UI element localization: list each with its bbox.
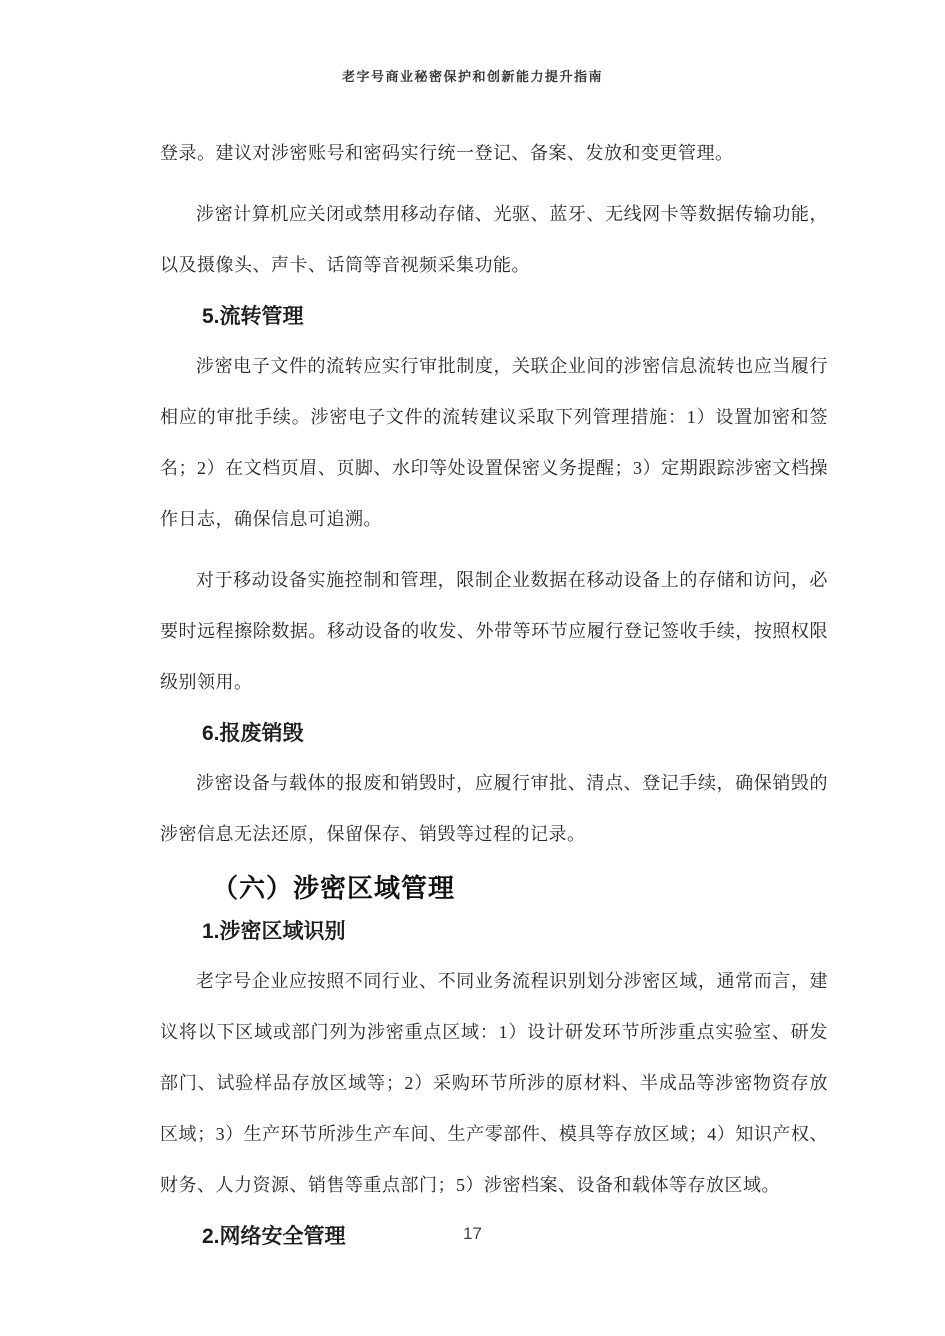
running-header: 老字号商业秘密保护和创新能力提升指南 — [0, 66, 945, 85]
paragraph: 老字号企业应按照不同行业、不同业务流程识别划分涉密区域，通常而言，建议将以下区域… — [160, 956, 828, 1211]
chapter-heading-secret-area-management: （六）涉密区域管理 — [160, 870, 828, 908]
section-heading-flow-management: 5.流转管理 — [160, 301, 828, 333]
section-heading-secret-area-identification: 1.涉密区域识别 — [160, 916, 828, 948]
paragraph: 涉密计算机应关闭或禁用移动存储、光驱、蓝牙、无线网卡等数据传输功能，以及摄像头、… — [160, 189, 828, 291]
section-heading-scrap-destruction: 6.报废销毁 — [160, 718, 828, 750]
document-page: 老字号商业秘密保护和创新能力提升指南 登录。建议对涉密账号和密码实行统一登记、备… — [0, 0, 945, 1336]
paragraph: 涉密电子文件的流转应实行审批制度，关联企业间的涉密信息流转也应当履行相应的审批手… — [160, 341, 828, 545]
paragraph: 登录。建议对涉密账号和密码实行统一登记、备案、发放和变更管理。 — [160, 128, 828, 179]
page-body: 登录。建议对涉密账号和密码实行统一登记、备案、发放和变更管理。 涉密计算机应关闭… — [160, 128, 828, 1261]
paragraph: 涉密设备与载体的报废和销毁时，应履行审批、清点、登记手续，确保销毁的涉密信息无法… — [160, 758, 828, 860]
page-number: 17 — [0, 1224, 945, 1252]
paragraph: 对于移动设备实施控制和管理，限制企业数据在移动设备上的存储和访问，必要时远程擦除… — [160, 555, 828, 708]
